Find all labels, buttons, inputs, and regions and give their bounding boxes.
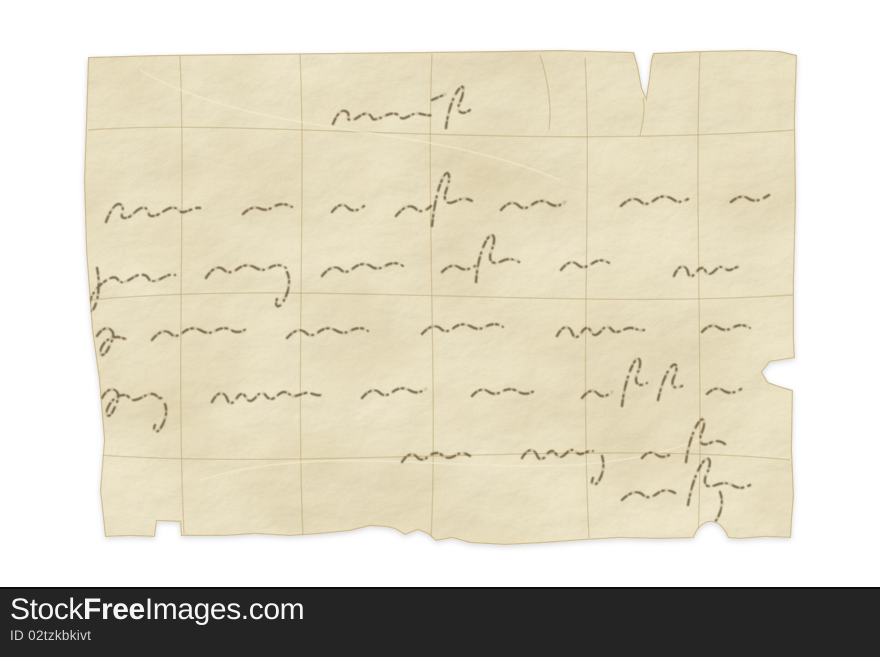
old-paper-photo bbox=[0, 0, 880, 587]
stock-photo-page: StockFreeImages.com ID 02tzkbkivt bbox=[0, 0, 880, 657]
watermark-brand-bold: Free bbox=[83, 593, 145, 626]
watermark-bar: StockFreeImages.com ID 02tzkbkivt bbox=[0, 587, 880, 657]
watermark-brand: StockFreeImages.com bbox=[10, 594, 880, 626]
watermark-brand-prefix: Stock bbox=[10, 593, 83, 626]
watermark-brand-suffix: Images.com bbox=[145, 593, 304, 626]
watermark-image-id: ID 02tzkbkivt bbox=[10, 628, 880, 643]
photo-area bbox=[0, 0, 880, 587]
paper-sheet bbox=[75, 40, 805, 555]
